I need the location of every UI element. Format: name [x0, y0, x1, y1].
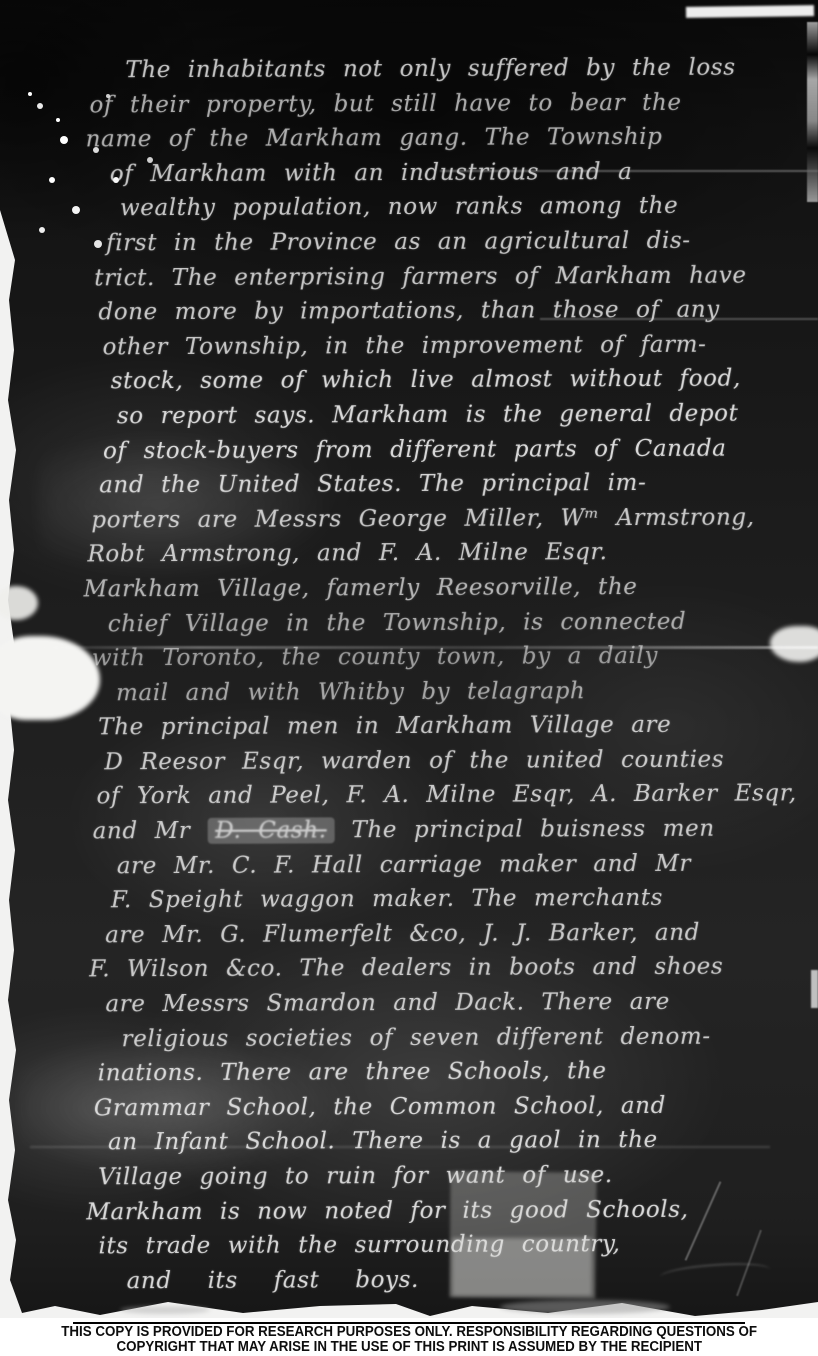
handwriting-line: trict. The enterprising farmers of Markh… [0, 258, 816, 296]
handwriting-line: mail and with Whitby by telagraph [0, 673, 818, 711]
handwriting-line: first in the Province as an agricultural… [0, 223, 816, 261]
handwriting-line: inations. There are three Schools, the [2, 1053, 818, 1091]
handwriting-line: D Reesor Esqr, warden of the united coun… [0, 742, 818, 780]
handwriting-line: so report says. Markham is the general d… [0, 396, 817, 434]
handwriting-line: its trade with the surrounding country, [2, 1226, 818, 1264]
handwritten-text-block: The inhabitants not only suffered by the… [0, 50, 818, 1299]
handwriting-line: chief Village in the Township, is connec… [0, 604, 818, 642]
handwriting-line: other Township, in the improvement of fa… [0, 327, 817, 365]
handwriting-line: stock, some of which live almost without… [0, 362, 817, 400]
copyright-text: THIS COPY IS PROVIDED FOR RESEARCH PURPO… [61, 1325, 757, 1340]
handwriting-line: are Messrs Smardon and Dack. There are [1, 984, 818, 1022]
handwriting-line: of stock-buyers from different parts of … [0, 431, 817, 469]
handwriting-line: of Markham with an industrious and a [0, 154, 816, 192]
handwriting-line: are Mr. C. F. Hall carriage maker and Mr [1, 846, 818, 884]
handwriting-line: of their property, but still have to bea… [0, 85, 816, 123]
handwriting-line: and its fast boys. [3, 1261, 818, 1299]
handwriting-line: porters are Messrs George Miller, Wᵐ Arm… [0, 500, 817, 538]
handwriting-line: and the United States. The principal im- [0, 465, 817, 503]
handwriting-line: F. Speight waggon maker. The merchants [1, 880, 818, 918]
copyright-text: COPYRIGHT THAT MAY ARISE IN THE USE OF T… [116, 1340, 702, 1355]
handwriting-line: with Toronto, the county town, by a dail… [0, 638, 818, 676]
copyright-text-line-1: THIS COPY IS PROVIDED FOR RESEARCH PURPO… [0, 1325, 818, 1340]
handwriting-line: The inhabitants not only suffered by the… [0, 50, 815, 88]
handwriting-line: are Mr. G. Flumerfelt &co, J. J. Barker,… [1, 915, 818, 953]
handwriting-line: Markham is now noted for its good School… [2, 1192, 818, 1230]
handwriting-line: Robt Armstrong, and F. A. Milne Esqr. [0, 535, 818, 573]
handwriting-line: Markham Village, famerly Reesorville, th… [0, 569, 818, 607]
handwriting-segment: The principal buisness men [335, 816, 715, 844]
copyright-banner: THIS COPY IS PROVIDED FOR RESEARCH PURPO… [0, 1318, 818, 1356]
handwriting-line: name of the Markham gang. The Township [0, 119, 816, 157]
struck-out-name: D. Cash. [207, 817, 334, 844]
handwriting-line: of York and Peel, F. A. Milne Esqr, A. B… [0, 777, 818, 815]
handwriting-line: Village going to ruin for want of use. [2, 1157, 818, 1195]
handwriting-line: Grammar School, the Common School, and [2, 1088, 818, 1126]
handwriting-line: and Mr D. Cash. The principal buisness m… [1, 811, 818, 849]
handwriting-line: religious societies of seven different d… [2, 1019, 818, 1057]
scanned-document-page: The inhabitants not only suffered by the… [0, 0, 818, 1356]
handwriting-line: done more by importations, than those of… [0, 292, 816, 330]
handwriting-line: wealthy population, now ranks among the [0, 189, 816, 227]
handwriting-line: The principal men in Markham Village are [0, 707, 818, 745]
handwriting-segment: and Mr [93, 818, 208, 844]
handwriting-line: an Infant School. There is a gaol in the [2, 1123, 818, 1161]
handwriting-line: F. Wilson &co. The dealers in boots and … [1, 950, 818, 988]
copyright-text-line-2: COPYRIGHT THAT MAY ARISE IN THE USE OF T… [0, 1340, 818, 1355]
